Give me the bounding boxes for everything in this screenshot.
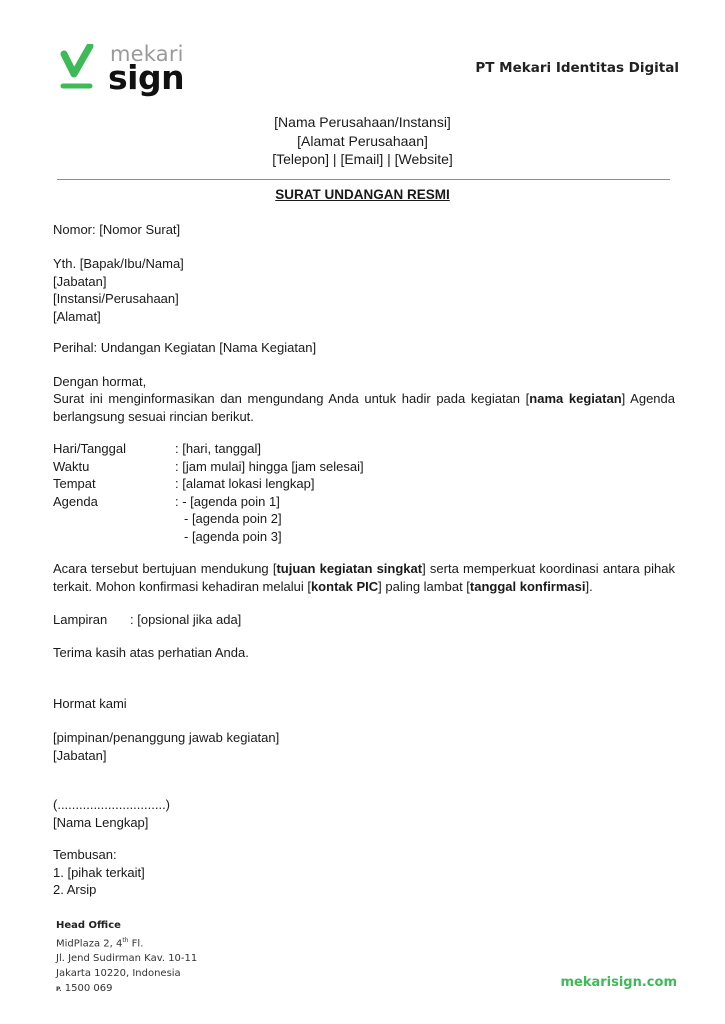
- signer-role: [pimpinan/penanggung jawab kegiatan]: [53, 729, 279, 747]
- detail-row-agenda: Agenda: - [agenda poin 1]: [53, 493, 280, 511]
- purpose-placeholder: tujuan kegiatan singkat: [276, 561, 422, 576]
- opening-text: Surat ini menginformasikan dan mengundan…: [53, 391, 529, 406]
- letterhead: [Nama Perusahaan/Instansi] [Alamat Perus…: [0, 113, 725, 169]
- mekari-sign-logo: mekari sign: [60, 42, 190, 102]
- attachment-value: : [opsional jika ada]: [130, 612, 241, 627]
- salutation: Dengan hormat,: [53, 373, 146, 391]
- confirmation-date-placeholder: tanggal konfirmasi: [470, 579, 586, 594]
- logo-sign-text: sign: [108, 58, 184, 97]
- recipient-position: [Jabatan]: [53, 273, 184, 291]
- cc-block: Tembusan: 1. [pihak terkait] 2. Arsip: [53, 846, 145, 899]
- opening-paragraph: Surat ini menginformasikan dan mengundan…: [53, 390, 675, 425]
- purpose-text: ] paling lambat [: [378, 579, 470, 594]
- cc-item: 1. [pihak terkait]: [53, 864, 145, 882]
- recipient-name: Yth. [Bapak/Ibu/Nama]: [53, 255, 184, 273]
- purpose-paragraph: Acara tersebut bertujuan mendukung [tuju…: [53, 560, 675, 595]
- cc-item: 2. Arsip: [53, 881, 145, 899]
- detail-value: : [alamat lokasi lengkap]: [175, 476, 314, 491]
- letterhead-company: [Nama Perusahaan/Instansi]: [0, 113, 725, 132]
- letterhead-address: [Alamat Perusahaan]: [0, 132, 725, 151]
- letter-number: Nomor: [Nomor Surat]: [53, 221, 180, 239]
- signature-block: (..............................) [Nama L…: [53, 796, 170, 831]
- footer-address-line2: Jl. Jend Sudirman Kav. 10-11: [56, 952, 197, 967]
- detail-value: : [jam mulai] hingga [jam selesai]: [175, 459, 364, 474]
- footer-address: Head Office MidPlaza 2, 4th Fl. Jl. Jend…: [56, 919, 197, 997]
- detail-label: Hari/Tanggal: [53, 440, 175, 458]
- recipient-address: [Alamat]: [53, 308, 184, 326]
- detail-value: : [hari, tanggal]: [175, 441, 261, 456]
- footer-head-office: Head Office: [56, 919, 197, 934]
- thanks-text: Terima kasih atas perhatian Anda.: [53, 644, 249, 662]
- footer-phone: P. 1500 069: [56, 982, 197, 998]
- signature-line: (..............................): [53, 796, 170, 814]
- company-name: PT Mekari Identitas Digital: [475, 60, 679, 76]
- detail-value: : - [agenda poin 1]: [175, 494, 280, 509]
- attachment-row: Lampiran: [opsional jika ada]: [53, 611, 241, 629]
- recipient-institution: [Instansi/Perusahaan]: [53, 290, 184, 308]
- footer-website-link[interactable]: mekarisign.com: [560, 975, 677, 990]
- pic-contact-placeholder: kontak PIC: [311, 579, 378, 594]
- detail-label: Waktu: [53, 458, 175, 476]
- phone-number: 1500 069: [62, 983, 113, 994]
- purpose-text: ].: [586, 579, 593, 594]
- detail-label: Agenda: [53, 493, 175, 511]
- recipient-block: Yth. [Bapak/Ibu/Nama] [Jabatan] [Instans…: [53, 255, 184, 325]
- closing-text: Hormat kami: [53, 695, 127, 713]
- agenda-item-2: - [agenda poin 2]: [184, 510, 282, 528]
- letterhead-contact: [Telepon] | [Email] | [Website]: [0, 150, 725, 169]
- signer-block: [pimpinan/penanggung jawab kegiatan] [Ja…: [53, 729, 279, 764]
- signer-name: [Nama Lengkap]: [53, 814, 170, 832]
- detail-label: Tempat: [53, 475, 175, 493]
- detail-row-date: Hari/Tanggal: [hari, tanggal]: [53, 440, 261, 458]
- signer-position: [Jabatan]: [53, 747, 279, 765]
- cc-label: Tembusan:: [53, 846, 145, 864]
- detail-row-time: Waktu: [jam mulai] hingga [jam selesai]: [53, 458, 364, 476]
- footer-text: MidPlaza 2, 4: [56, 938, 122, 949]
- attachment-label: Lampiran: [53, 611, 130, 629]
- header-divider: [57, 179, 670, 180]
- footer-address-line1: MidPlaza 2, 4th Fl.: [56, 934, 197, 952]
- purpose-text: Acara tersebut bertujuan mendukung [: [53, 561, 276, 576]
- agenda-item-3: - [agenda poin 3]: [184, 528, 282, 546]
- detail-row-place: Tempat: [alamat lokasi lengkap]: [53, 475, 314, 493]
- footer-text: Fl.: [128, 938, 143, 949]
- checkmark-icon: [60, 44, 104, 92]
- subject: Perihal: Undangan Kegiatan [Nama Kegiata…: [53, 339, 316, 357]
- footer-address-line3: Jakarta 10220, Indonesia: [56, 967, 197, 982]
- letter-title: SURAT UNDANGAN RESMI: [0, 187, 725, 202]
- event-name-placeholder: nama kegiatan: [529, 391, 621, 406]
